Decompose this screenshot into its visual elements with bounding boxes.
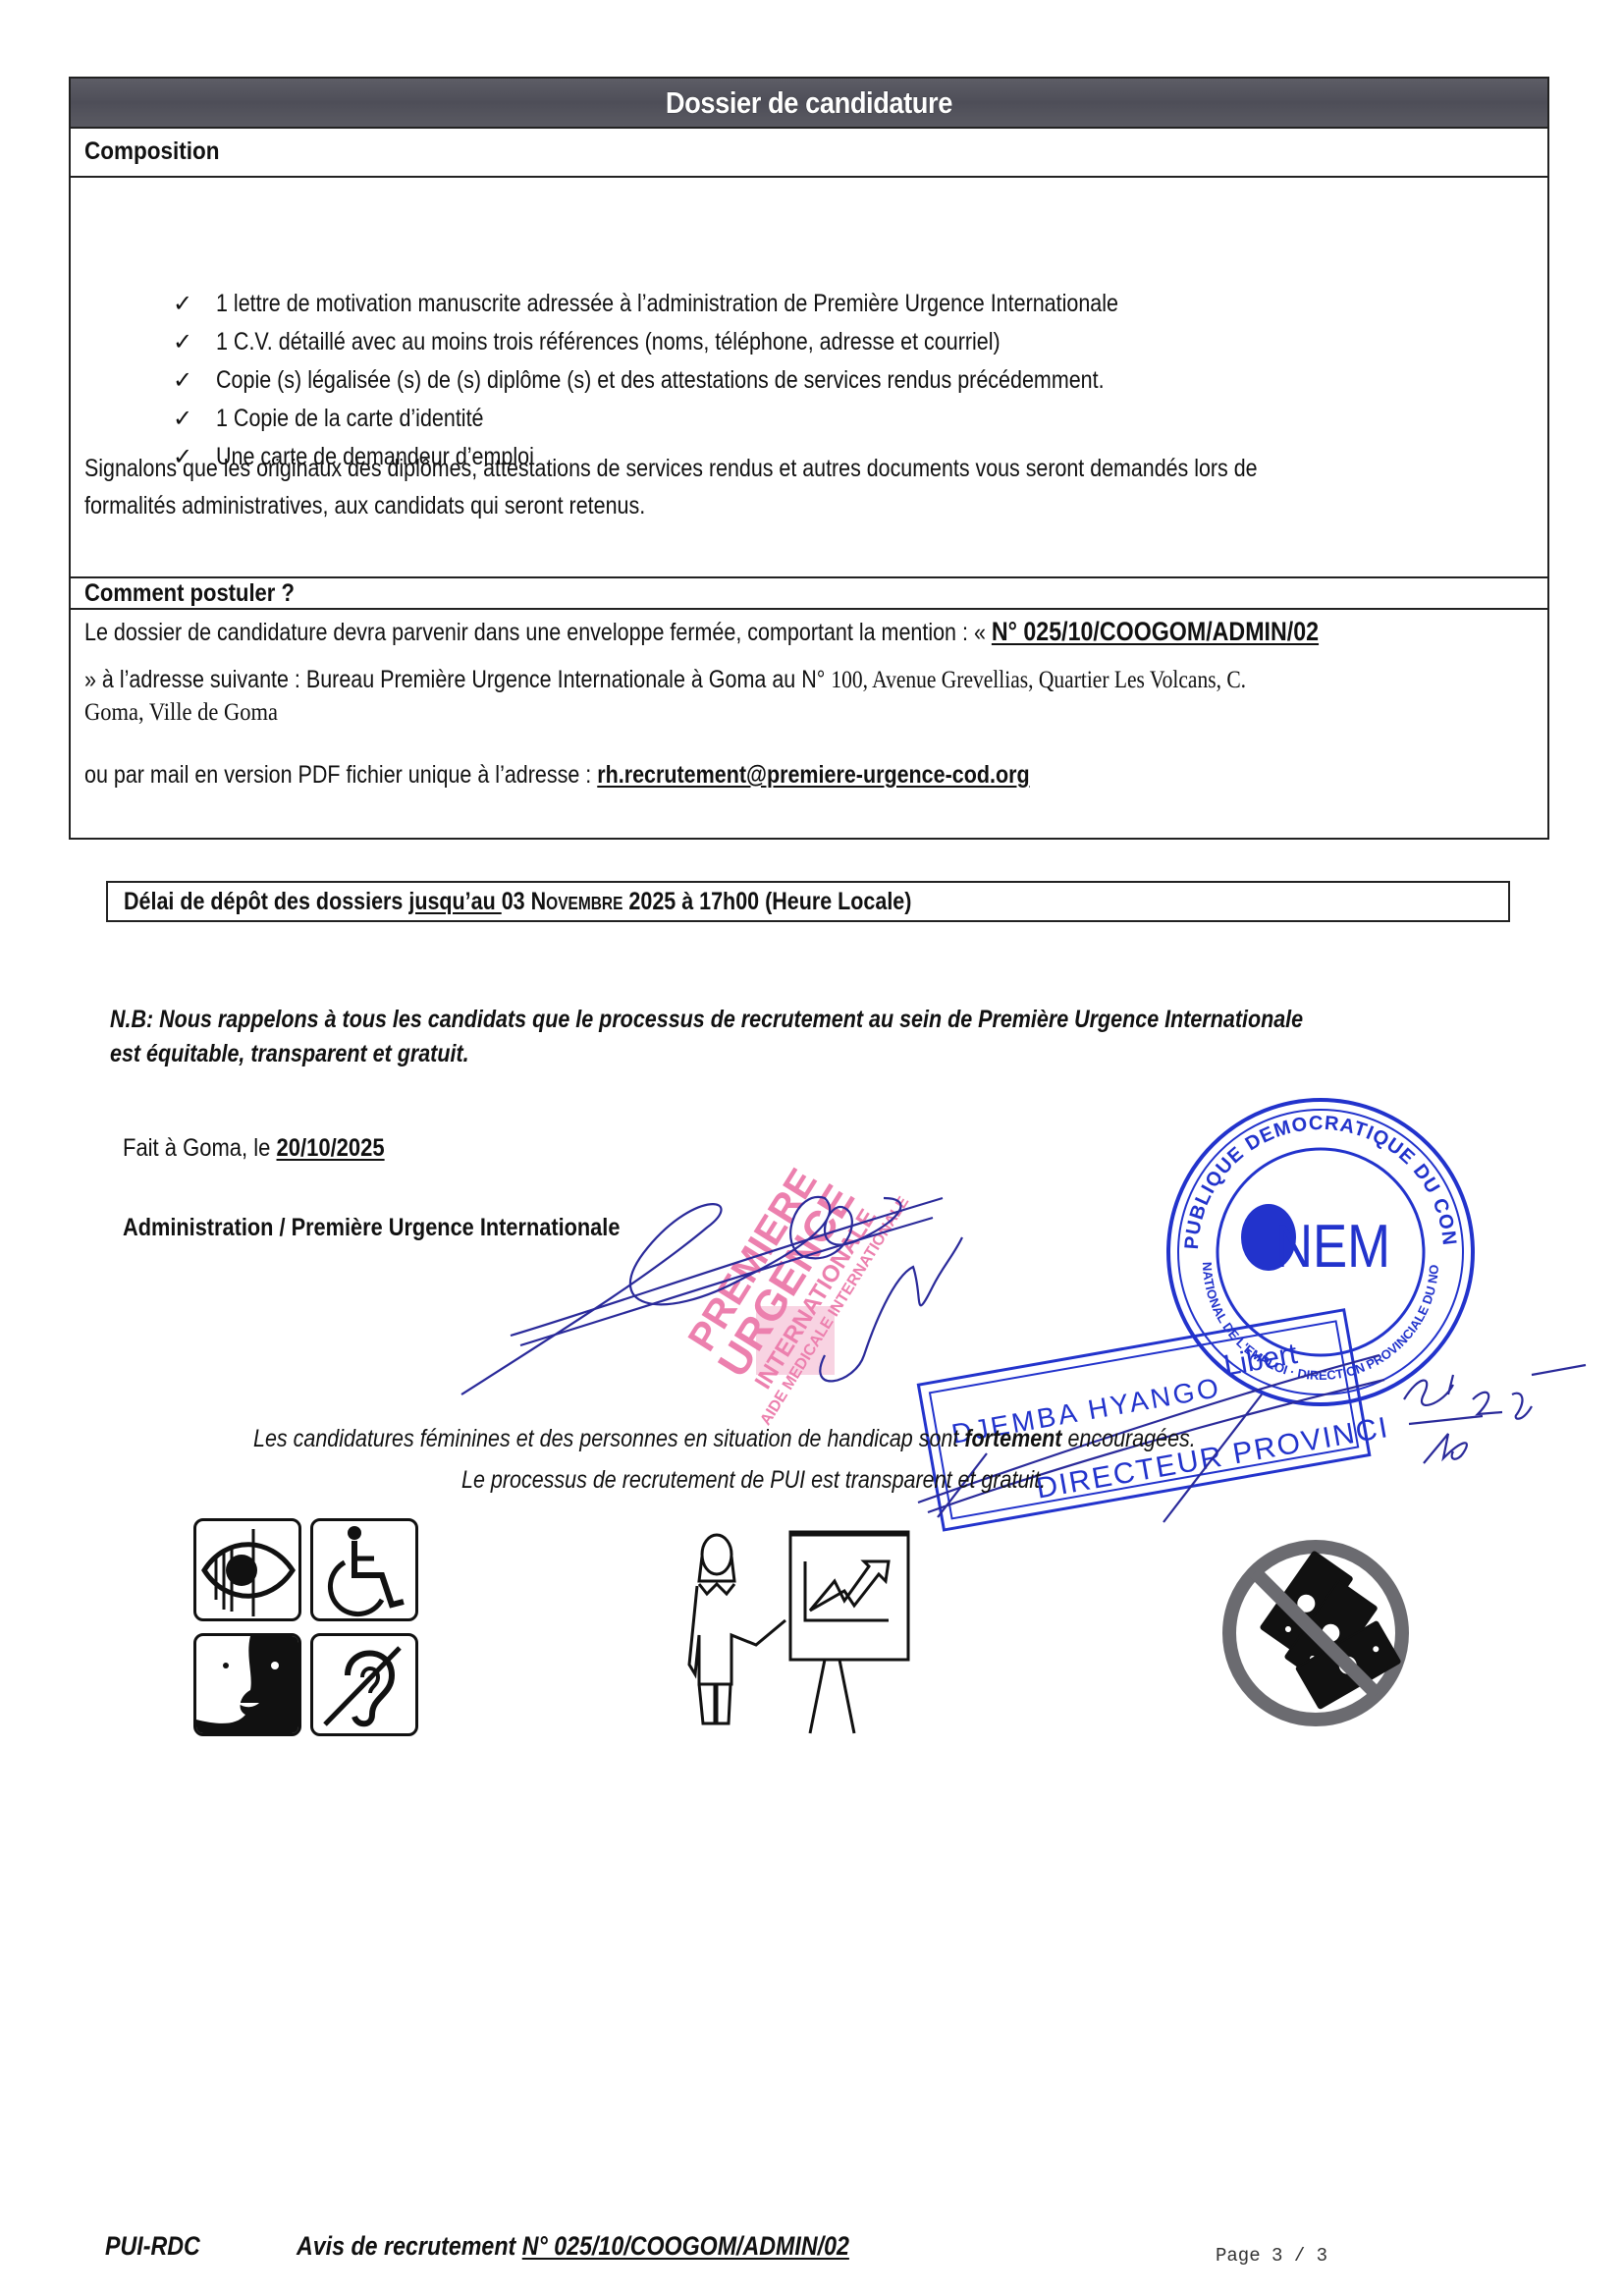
apply-heading-row: Comment postuler ?	[71, 576, 1547, 610]
mental-disability-icon	[193, 1633, 301, 1736]
deadline-day: 03	[502, 888, 525, 915]
director-stamp: DJEMBA HYANGO Libert DIRECTEUR PROVINCIA…	[908, 1306, 1389, 1532]
application-dossier-table: Dossier de candidature Composition ✓ 1 l…	[69, 77, 1549, 840]
apply-line-2: » à l’adresse suivante : Bureau Première…	[84, 666, 1435, 694]
woman-presenting-chart-icon	[677, 1527, 933, 1738]
encouragement-line2: Le processus de recrutement de PUI est t…	[461, 1466, 1141, 1495]
encouragement-line1: Les candidatures féminines et des person…	[253, 1425, 1349, 1453]
email-link[interactable]: rh.recrutement@premiere-urgence-cod.org	[597, 761, 1029, 789]
apply-line-1: Le dossier de candidature devra parvenir…	[84, 617, 1520, 647]
section-header: Dossier de candidature	[71, 79, 1547, 129]
deadline-box: Délai de dépôt des dossiers jusqu’au 03 …	[106, 881, 1510, 922]
composition-heading-row: Composition	[71, 127, 1547, 178]
footer-reference: N° 025/10/COOGOM/ADMIN/02	[522, 2231, 849, 2261]
checkmark-icon: ✓	[173, 328, 192, 355]
page-number: Page 3 / 3	[1216, 2245, 1327, 2267]
nb-note-line1: N.B: Nous rappelons à tous les candidats…	[110, 1006, 1497, 1034]
handwritten-date	[1394, 1345, 1591, 1473]
deadline-rest: 2025 à 17h00 (Heure Locale)	[628, 888, 911, 915]
section-title: Dossier de candidature	[666, 85, 952, 121]
checkmark-icon: ✓	[173, 405, 192, 432]
nb-note-line2: est équitable, transparent et gratuit.	[110, 1040, 527, 1068]
footer-org: PUI-RDC	[105, 2231, 216, 2262]
deadline-month: Novembre	[531, 888, 623, 915]
apply-line-3: Goma, Ville de Goma	[84, 699, 299, 727]
svg-text:Libert: Libert	[1221, 1338, 1300, 1383]
hearing-impairment-icon	[310, 1633, 418, 1736]
checkmark-icon: ✓	[173, 366, 192, 394]
place-date: Fait à Goma, le 20/10/2025	[123, 1134, 420, 1163]
apply-heading: Comment postuler ?	[84, 579, 295, 608]
svg-text:NEM: NEM	[1275, 1213, 1390, 1281]
checkmark-icon: ✓	[173, 290, 192, 317]
office-address: 100, Avenue Grevellias, Quartier Les Vol…	[831, 667, 1246, 693]
apply-email-line: ou par mail en version PDF fichier uniqu…	[84, 761, 1183, 790]
originals-note: Signalons que les originaux des diplômes…	[84, 455, 1453, 483]
footer-notice: Avis de recrutement N° 025/10/COOGOM/ADM…	[297, 2231, 940, 2262]
originals-note-line2: formalités administratives, aux candidat…	[84, 492, 736, 520]
reference-number: N° 025/10/COOGOM/ADMIN/02	[992, 617, 1319, 646]
deadline-jusqu: jusqu’au	[408, 888, 501, 915]
wheelchair-icon	[310, 1518, 418, 1621]
signature-date: 20/10/2025	[277, 1134, 385, 1162]
no-money-icon	[1208, 1527, 1424, 1733]
composition-heading: Composition	[84, 137, 219, 166]
visual-impairment-icon	[193, 1518, 301, 1621]
